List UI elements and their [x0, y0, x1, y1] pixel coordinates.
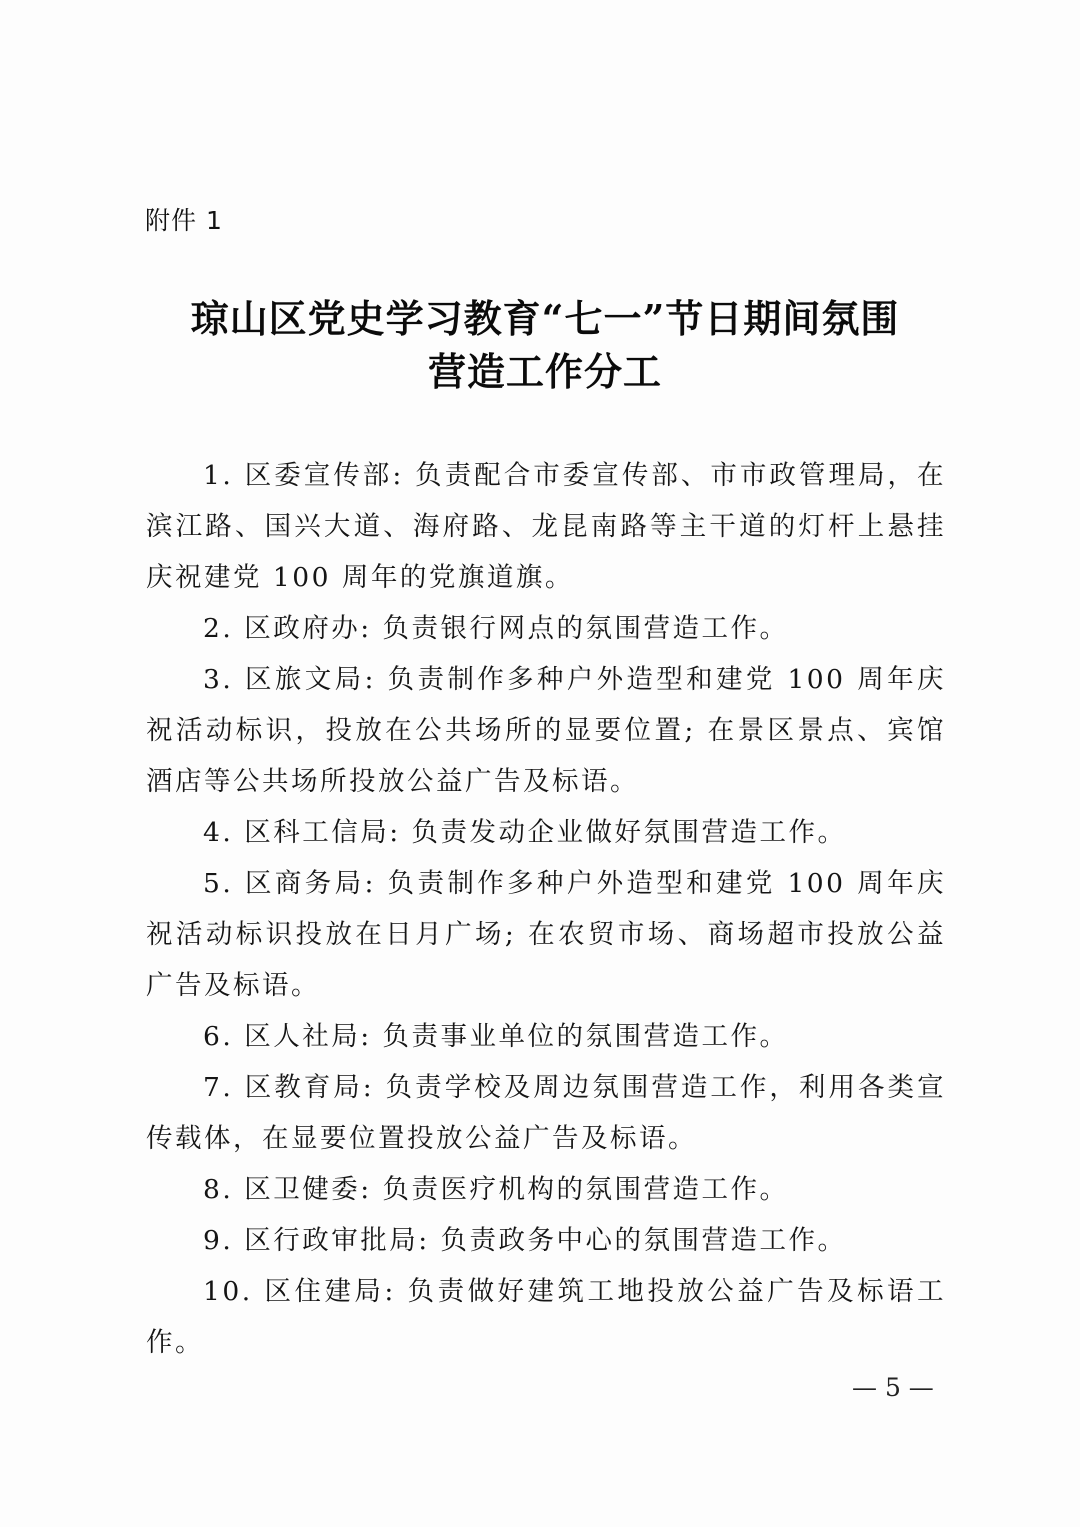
document-body: 1. 区委宣传部: 负责配合市委宣传部、市市政管理局，在滨江路、国兴大道、海府路…	[146, 450, 946, 1368]
title-line-2: 营造工作分工	[140, 345, 950, 398]
list-item-1: 1. 区委宣传部: 负责配合市委宣传部、市市政管理局，在滨江路、国兴大道、海府路…	[146, 450, 946, 603]
list-item-5: 5. 区商务局: 负责制作多种户外造型和建党 100 周年庆祝活动标识投放在日月…	[146, 858, 946, 1011]
attachment-label: 附件 1	[145, 203, 223, 239]
document-title: 琼山区党史学习教育“七一”节日期间氛围 营造工作分工	[140, 292, 950, 398]
list-item-7: 7. 区教育局: 负责学校及周边氛围营造工作，利用各类宣传载体，在显要位置投放公…	[146, 1062, 946, 1164]
list-item-10: 10. 区住建局: 负责做好建筑工地投放公益广告及标语工作。	[146, 1266, 946, 1368]
list-item-3: 3. 区旅文局: 负责制作多种户外造型和建党 100 周年庆祝活动标识，投放在公…	[146, 654, 946, 807]
document-page: 附件 1 琼山区党史学习教育“七一”节日期间氛围 营造工作分工 1. 区委宣传部…	[0, 0, 1080, 1527]
page-number: — 5 —	[852, 1370, 934, 1406]
list-item-6: 6. 区人社局: 负责事业单位的氛围营造工作。	[146, 1011, 946, 1062]
list-item-8: 8. 区卫健委: 负责医疗机构的氛围营造工作。	[146, 1164, 946, 1215]
list-item-4: 4. 区科工信局: 负责发动企业做好氛围营造工作。	[146, 807, 946, 858]
list-item-9: 9. 区行政审批局: 负责政务中心的氛围营造工作。	[146, 1215, 946, 1266]
title-line-1: 琼山区党史学习教育“七一”节日期间氛围	[140, 292, 950, 345]
list-item-2: 2. 区政府办: 负责银行网点的氛围营造工作。	[146, 603, 946, 654]
